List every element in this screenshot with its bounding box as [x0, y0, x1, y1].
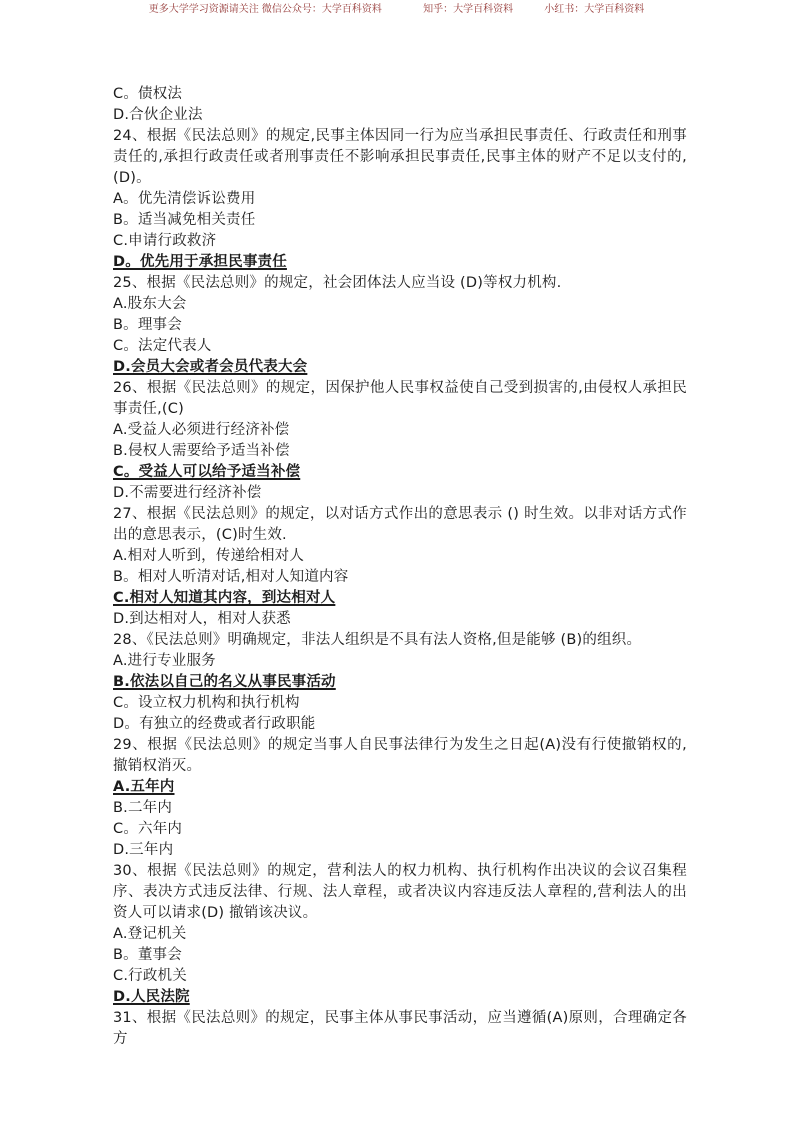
option-line: B。适当减免相关责任	[113, 210, 687, 231]
option-line: C。六年内	[113, 819, 687, 840]
answer-option-line: C。受益人可以给予适当补偿	[113, 462, 687, 483]
question-stem: 30、根据《民法总则》的规定，营利法人的权力机构、执行机构作出决议的会议召集程序…	[113, 861, 687, 924]
question-stem: 31、根据《民法总则》的规定，民事主体从事民事活动，应当遵循(A)原则，合理确定…	[113, 1008, 687, 1050]
option-line: A。优先清偿诉讼费用	[113, 189, 687, 210]
page-header: 更多大学学习资源请关注 微信公众号：大学百科资料 知乎：大学百科资料 小红书：大…	[0, 3, 793, 16]
option-line: A.股东大会	[113, 294, 687, 315]
option-line: D.合伙企业法	[113, 105, 687, 126]
question-list: C。债权法D.合伙企业法24、根据《民法总则》的规定,民事主体因同一行为应当承担…	[113, 84, 687, 1050]
question-stem: 28、《民法总则》明确规定，非法人组织是不具有法人资格,但是能够 (B)的组织。	[113, 630, 687, 651]
answer-option-line: D.会员大会或者会员代表大会	[113, 357, 687, 378]
option-line: C.申请行政救济	[113, 231, 687, 252]
option-line: A.登记机关	[113, 924, 687, 945]
answer-option-line: B.依法以自己的名义从事民事活动	[113, 672, 687, 693]
answer-option-line: D.人民法院	[113, 987, 687, 1008]
document-page: 更多大学学习资源请关注 微信公众号：大学百科资料 知乎：大学百科资料 小红书：大…	[0, 0, 793, 1122]
option-line: D.三年内	[113, 840, 687, 861]
option-line: A.进行专业服务	[113, 651, 687, 672]
header-wechat-note: 更多大学学习资源请关注 微信公众号：大学百科资料	[149, 3, 382, 16]
question-stem: 25、根据《民法总则》的规定，社会团体法人应当设 (D)等权力机构.	[113, 273, 687, 294]
question-stem: 27、根据《民法总则》的规定，以对话方式作出的意思表示 () 时生效。以非对话方…	[113, 504, 687, 546]
option-line: B。董事会	[113, 945, 687, 966]
option-line: A.受益人必须进行经济补偿	[113, 420, 687, 441]
question-stem: 26、根据《民法总则》的规定，因保护他人民事权益使自己受到损害的,由侵权人承担民…	[113, 378, 687, 420]
option-line: D。有独立的经费或者行政职能	[113, 714, 687, 735]
option-line: C.行政机关	[113, 966, 687, 987]
option-line: D.不需要进行经济补偿	[113, 483, 687, 504]
answer-option-line: C.相对人知道其内容，到达相对人	[113, 588, 687, 609]
option-line: C。法定代表人	[113, 336, 687, 357]
option-line: B.侵权人需要给予适当补偿	[113, 441, 687, 462]
option-line: B。相对人听清对话,相对人知道内容	[113, 567, 687, 588]
answer-option-line: D。优先用于承担民事责任	[113, 252, 687, 273]
option-line: C。债权法	[113, 84, 687, 105]
option-line: B。理事会	[113, 315, 687, 336]
question-stem: 24、根据《民法总则》的规定,民事主体因同一行为应当承担民事责任、行政责任和刑事…	[113, 126, 687, 189]
option-line: A.相对人听到，传递给相对人	[113, 546, 687, 567]
option-line: D.到达相对人，相对人获悉	[113, 609, 687, 630]
answer-option-line: A.五年内	[113, 777, 687, 798]
option-line: B.二年内	[113, 798, 687, 819]
question-stem: 29、根据《民法总则》的规定当事人自民事法律行为发生之日起(A)没有行使撤销权的…	[113, 735, 687, 777]
option-line: C。设立权力机构和执行机构	[113, 693, 687, 714]
header-xiaohongshu-note: 小红书：大学百科资料	[544, 3, 644, 16]
header-zhihu-note: 知乎：大学百科资料	[423, 3, 513, 16]
